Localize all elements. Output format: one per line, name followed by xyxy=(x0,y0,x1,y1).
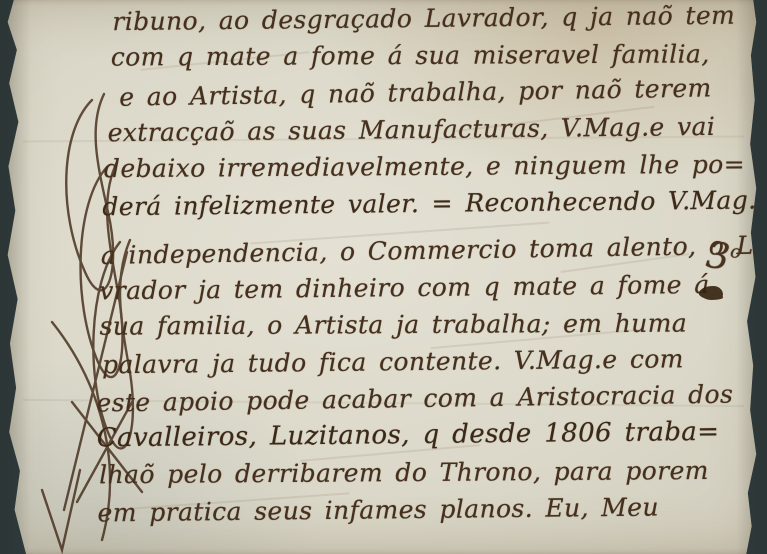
scan-background: ribuno, ao desgraçado Lavrador, q ja naõ… xyxy=(0,0,767,554)
manuscript-text: ribuno, ao desgraçado Lavrador, q ja naõ… xyxy=(92,0,742,531)
text-line: sua familia, o Artista ja trabalha; em h… xyxy=(100,304,741,344)
text-line: Cavalleiros, Luzitanos, q desde 1806 tra… xyxy=(97,414,742,458)
margin-mark-suffix: o xyxy=(729,241,743,263)
margin-mark-number: 3 xyxy=(704,235,732,279)
ink-blot xyxy=(699,286,723,299)
text-line: ribuno, ao desgraçado Lavrador, q ja naõ… xyxy=(112,0,737,40)
text-line: em pratica seus infames planos. Eu, Meu xyxy=(97,488,742,532)
text-line: debaixo irremediavelmente, e ninguem lhe… xyxy=(104,146,739,187)
margin-section-mark: 3o xyxy=(705,234,744,275)
text-line: lhaõ pelo derribarem do Throno, para por… xyxy=(99,452,742,493)
text-line: derá infelizmente valer. = Reconhecendo … xyxy=(102,182,739,226)
manuscript-page: ribuno, ao desgraçado Lavrador, q ja naõ… xyxy=(0,0,767,554)
